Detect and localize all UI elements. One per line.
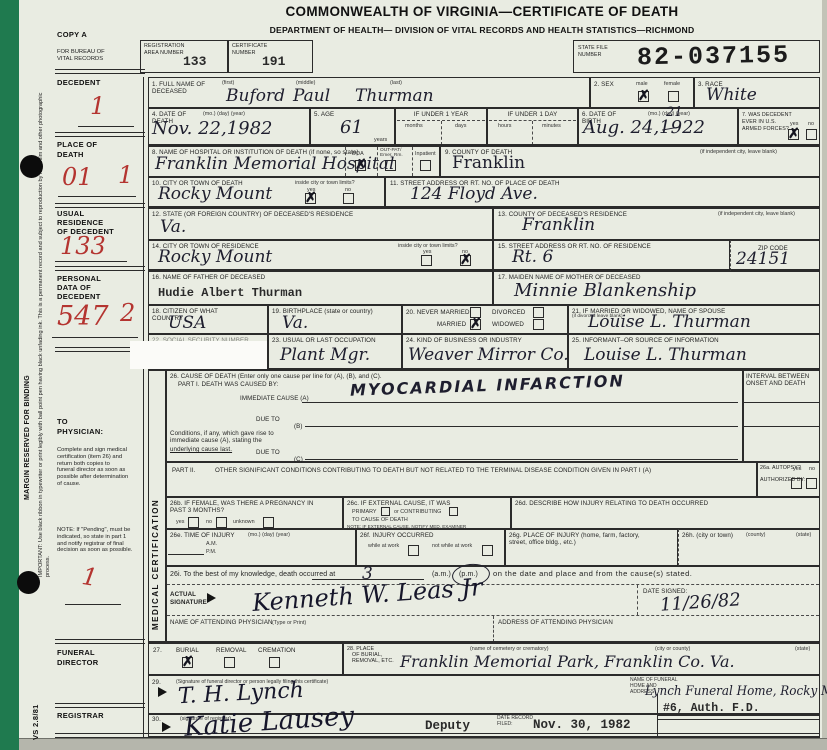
time-of-injury-pm-label: P.M. <box>206 549 216 555</box>
external-note: NOTE: IF EXTERNAL CAUSE, NOTIFY MED. EXA… <box>347 524 466 529</box>
margin-code-usual: 133 <box>60 232 106 260</box>
sex-male-label: male <box>636 81 648 87</box>
certificate-number-label-1: CERTIFICATE <box>232 43 267 49</box>
cremation-label: CREMATION <box>258 647 296 654</box>
street-of-residence-value: Rt. 6 <box>512 247 553 267</box>
disposition-no: 27. <box>153 647 162 654</box>
margin-section-personal-3: DECEDENT <box>57 292 101 301</box>
margin-code-place-b: 1 <box>118 161 133 189</box>
date-of-birth-value: Aug. 24,1922 <box>583 117 705 138</box>
industry-label: 24. KIND OF BUSINESS OR INDUSTRY <box>406 337 522 344</box>
margin-section-funeral-2: DIRECTOR <box>57 658 98 667</box>
time-of-injury-label: 26e. TIME OF INJURY <box>170 532 235 539</box>
full-name-label: 1. FULL NAME OF DECEASED <box>152 81 214 95</box>
pregnancy-unknown-checkbox <box>263 517 274 528</box>
removal-label: REMOVAL <box>216 647 247 654</box>
full-name-first-value: Buford <box>226 86 285 106</box>
while-at-work-checkbox <box>408 545 419 556</box>
pregnancy-no-checkbox <box>216 517 227 528</box>
sex-female-checkbox <box>668 91 679 102</box>
due-to-c-label: DUE TO <box>256 449 280 456</box>
married-label: MARRIED <box>437 321 466 328</box>
margin-physician-note: Complete and sign medical certification … <box>57 447 129 488</box>
not-while-at-work-label: not while at work <box>432 543 472 549</box>
external-primary-label: PRIMARY <box>352 509 376 515</box>
margin-form-code: VS 2.8/81 <box>31 688 40 740</box>
certificate-subtitle: DEPARTMENT OF HEALTH— DIVISION OF VITAL … <box>140 25 824 35</box>
sex-male-mark: ✗ <box>638 88 650 104</box>
attest-post-text: on the date and place and from the cause… <box>493 570 692 577</box>
informant-value: Louise L. Thurman <box>584 345 747 365</box>
date-filed-value: Nov. 30, 1982 <box>533 718 631 732</box>
citizen-value: USA <box>168 313 206 333</box>
full-name-last-value: Thurman <box>355 86 434 106</box>
under-1-year-label: IF UNDER 1 YEAR <box>395 111 487 118</box>
injury-description-label: 26d. DESCRIBE HOW INJURY RELATING TO DEA… <box>515 500 708 507</box>
inpatient-label: Inpatient <box>415 151 436 157</box>
armed-forces-yes-checkbox: ✗ <box>788 129 799 140</box>
due-to-b-label: DUE TO <box>256 416 280 423</box>
margin-section-decedent: DECEDENT <box>57 78 101 87</box>
margin-section-registrar: REGISTRAR <box>57 711 104 720</box>
hospital-value: Franklin Memorial Hospital <box>155 154 394 174</box>
informant-label: 25. INFORMANT–OR SOURCE OF INFORMATION <box>572 337 719 344</box>
pregnancy-no-label: no <box>206 519 212 525</box>
county-of-death-hint: (if independent city, leave blank) <box>700 149 777 155</box>
under-1-day-hours-label: hours <box>498 123 512 129</box>
injury-occurred-label: 26f. INJURY OCCURRED <box>360 532 434 539</box>
margin-to-physician-1: TO <box>57 417 68 426</box>
city-of-residence-value: Rocky Mount <box>158 247 272 267</box>
widowed-label: WIDOWED <box>492 321 524 328</box>
certificate-number-label-2: NUMBER <box>232 50 256 56</box>
pregnancy-label: 26b. IF FEMALE, WAS THERE A PREGNANCY IN… <box>170 500 320 514</box>
actual-signature-label-2: SIGNATURE <box>170 599 207 606</box>
attest-pre-text: 26i. To the best of my knowledge, death … <box>170 571 335 578</box>
widowed-checkbox <box>533 319 544 330</box>
armed-forces-label-1: 7. WAS DECEDENT <box>742 112 792 118</box>
state-file-number-stamp: 82-037155 <box>637 41 791 73</box>
registrar-no: 30. <box>152 716 161 723</box>
father-name-label: 16. NAME OF FATHER OF DECEASED <box>152 274 265 281</box>
registration-area-value: 133 <box>183 54 206 69</box>
burial-checkbox: ✗ <box>182 657 193 668</box>
injury-city-label: 26h. (city or town) <box>682 532 733 539</box>
funeral-home-auth-note: #6, Auth. F.D. <box>663 702 760 715</box>
punch-hole-top <box>20 155 43 178</box>
margin-section-place-2: DEATH <box>57 150 84 159</box>
external-contributing-label: or CONTRIBUTING <box>394 509 441 515</box>
autopsy-no-label: no <box>809 466 815 472</box>
margin-code-personal-b: 2 <box>120 299 135 327</box>
never-married-label: 20. NEVER MARRIED <box>406 309 470 316</box>
place-of-burial-value: Franklin Memorial Park, Franklin Co. Va. <box>400 652 735 671</box>
margin-section-place-1: PLACE OF <box>57 140 97 149</box>
inpatient-checkbox <box>420 160 431 171</box>
under-1-year-days-label: days <box>455 123 466 129</box>
signature-arrow-icon <box>207 593 216 603</box>
margin-binding-text: MARGIN RESERVED FOR BINDING <box>24 235 31 500</box>
burial-mark: ✗ <box>182 654 194 670</box>
due-to-c-paren: (C) <box>294 456 303 463</box>
spouse-name-value: Louise L. Thurman <box>588 312 751 332</box>
city-of-death-yes-checkbox: ✗ <box>305 193 316 204</box>
pregnancy-unknown-label: unknown <box>233 519 255 525</box>
scan-bottom-edge <box>19 738 827 750</box>
street-of-death-value: 124 Floyd Ave. <box>410 184 538 204</box>
external-cause-label: 26c. IF EXTERNAL CAUSE, IT WAS <box>347 500 451 507</box>
county-of-residence-value: Franklin <box>522 215 595 235</box>
margin-to-physician-2: PHYSICIAN: <box>57 427 103 436</box>
external-to-cause-label: TO CAUSE OF DEATH <box>352 517 408 523</box>
pregnancy-yes-label: yes <box>176 519 184 525</box>
divorced-checkbox <box>533 307 544 318</box>
actual-signature-label-1: ACTUAL <box>170 591 196 598</box>
state-file-label-1: STATE FILE <box>578 45 608 51</box>
pregnancy-yes-checkbox <box>188 517 199 528</box>
city-of-residence-no-checkbox: ✗ <box>460 255 471 266</box>
removal-checkbox <box>224 657 235 668</box>
industry-value: Weaver Mirror Co. <box>408 345 569 365</box>
full-name-middle-value: Paul <box>293 86 330 106</box>
binding-strip <box>0 0 19 750</box>
divorced-label: DIVORCED <box>492 309 525 316</box>
date-of-death-hints: (mo.) (day) (year) <box>203 111 245 117</box>
certificate-number-value: 191 <box>262 54 285 69</box>
armed-forces-label-2: EVER IN U.S. <box>742 119 776 125</box>
interval-label: INTERVAL BETWEEN ONSET AND DEATH <box>746 373 812 387</box>
funeral-home-value: Lynch Funeral Home, Rocky Mount, Va. <box>645 684 827 699</box>
conditions-note-2: underlying cause last. <box>170 446 232 453</box>
under-1-day-label: IF UNDER 1 DAY <box>487 111 578 118</box>
birthplace-value: Va. <box>282 313 308 333</box>
cremation-checkbox <box>269 657 280 668</box>
city-of-death-limits-label: inside city or town limits? <box>295 180 355 186</box>
part2-text: OTHER SIGNIFICANT CONDITIONS CONTRIBUTIN… <box>215 467 685 474</box>
registration-area-label-2: AREA NUMBER <box>144 50 184 56</box>
race-value: White <box>706 85 757 105</box>
autopsy-yes-checkbox <box>791 478 802 489</box>
registrar-arrow-icon <box>162 722 171 732</box>
date-filed-label-2: FILED: <box>497 721 513 727</box>
armed-forces-label-3: ARMED FORCES? <box>742 126 789 132</box>
injury-state-label: (state) <box>796 532 811 538</box>
married-mark: ✗ <box>470 316 482 332</box>
funeral-director-no: 29. <box>152 679 161 686</box>
age-label: 5. AGE <box>314 111 334 118</box>
date-of-death-label: 4. DATE OF <box>152 111 186 118</box>
attending-physician-name-label: NAME OF ATTENDING PHYSICIAN <box>170 619 273 626</box>
margin-code-personal-a: 547 <box>57 301 109 332</box>
ssn-redaction-box <box>130 341 267 369</box>
under-1-day-minutes-label: minutes <box>542 123 561 129</box>
city-of-death-value: Rocky Mount <box>158 184 272 204</box>
conditions-note: Conditions, if any, which gave rise to i… <box>170 430 284 444</box>
cause-part1-label: PART I. DEATH WAS CAUSED BY: <box>178 381 278 388</box>
registrar-deputy-label: Deputy <box>425 719 470 733</box>
registration-area-label-1: REGISTRATION <box>144 43 185 49</box>
occupation-value: Plant Mgr. <box>280 345 370 365</box>
immediate-cause-label: IMMEDIATE CAUSE (A) <box>240 395 309 402</box>
external-contributing-checkbox <box>449 507 458 516</box>
place-of-injury-label: 26g. PLACE OF INJURY (home, farm, factor… <box>509 532 659 546</box>
father-name-value: Hudie Albert Thurman <box>158 286 302 300</box>
mother-name-value: Minnie Blankenship <box>514 280 696 301</box>
place-of-burial-hint-3: (state) <box>795 646 810 652</box>
county-of-death-value: Franklin <box>452 153 525 173</box>
zip-code-value: 24151 <box>736 249 790 269</box>
city-of-residence-no-mark: ✗ <box>460 252 472 268</box>
attending-physician-address-label: ADDRESS OF ATTENDING PHYSICIAN <box>498 619 613 626</box>
sex-label: 2. SEX <box>594 81 614 88</box>
state-file-label-2: NUMBER <box>578 52 602 58</box>
armed-forces-no-checkbox <box>806 129 817 140</box>
bureau-label-1: FOR BUREAU OF <box>57 49 119 56</box>
punch-hole-bottom <box>17 571 40 594</box>
under-1-year-months-label: months <box>405 123 423 129</box>
part2-label: PART II. <box>172 467 196 474</box>
margin-section-funeral-1: FUNERAL <box>57 648 95 657</box>
age-unit-label: years <box>374 137 387 143</box>
margin-code-place-a: 01 <box>62 163 93 191</box>
death-certificate-scan: COMMONWEALTH OF VIRGINIA—CERTIFICATE OF … <box>0 0 827 750</box>
city-of-residence-yes-checkbox <box>421 255 432 266</box>
margin-section-usual-2: RESIDENCE <box>57 218 103 227</box>
bureau-label-2: VITAL RECORDS <box>57 56 119 63</box>
date-of-birth-correction: 21 <box>666 105 683 120</box>
injury-county-label: (county) <box>746 532 765 538</box>
autopsy-no-checkbox <box>806 478 817 489</box>
paper-right-edge <box>822 0 827 738</box>
time-of-injury-am-label: A.M. <box>206 541 217 547</box>
not-while-at-work-checkbox <box>482 545 493 556</box>
date-of-death-value: Nov. 22,1982 <box>152 118 273 139</box>
sex-female-label: female <box>664 81 680 87</box>
funeral-director-arrow-icon <box>158 687 167 697</box>
margin-section-personal-2: DATA OF <box>57 283 91 292</box>
cause-of-death-label: 26. CAUSE OF DEATH (Enter only one cause… <box>170 373 382 380</box>
armed-forces-no-label: no <box>808 121 814 127</box>
occupation-label: 23. USUAL OR LAST OCCUPATION <box>272 337 376 344</box>
medical-certification-label: MEDICAL CERTIFICATION <box>151 385 160 630</box>
county-of-residence-hint: (if independent city, leave blank) <box>718 211 795 217</box>
margin-section-usual-1: USUAL <box>57 209 84 218</box>
certificate-title: COMMONWEALTH OF VIRGINIA—CERTIFICATE OF … <box>140 4 824 19</box>
attending-physician-name-hint: (Type or Print) <box>272 620 306 626</box>
burial-label: BURIAL <box>176 647 199 654</box>
copy-label: COPY A <box>57 30 87 39</box>
while-at-work-label: while at work <box>368 543 402 549</box>
time-of-injury-hints: (mo.) (day) (year) <box>248 532 290 538</box>
external-primary-checkbox <box>381 507 390 516</box>
city-of-death-no-checkbox <box>343 193 354 204</box>
sex-male-checkbox: ✗ <box>638 91 649 102</box>
margin-pending-note: NOTE: If "Pending", must be indicated, s… <box>57 527 137 554</box>
autopsy-yes-label: yes <box>793 466 801 472</box>
state-of-residence-value: Va. <box>160 217 186 237</box>
due-to-b-paren: (B) <box>294 423 303 430</box>
margin-section-personal-1: PERSONAL <box>57 274 101 283</box>
city-of-death-yes-mark: ✗ <box>305 190 317 206</box>
place-of-burial-label-3: REMOVAL, ETC. <box>352 658 394 664</box>
margin-code-decedent: 1 <box>90 92 105 120</box>
age-value: 61 <box>340 117 363 138</box>
married-checkbox: ✗ <box>470 319 481 330</box>
armed-forces-yes-mark: ✗ <box>788 126 800 142</box>
